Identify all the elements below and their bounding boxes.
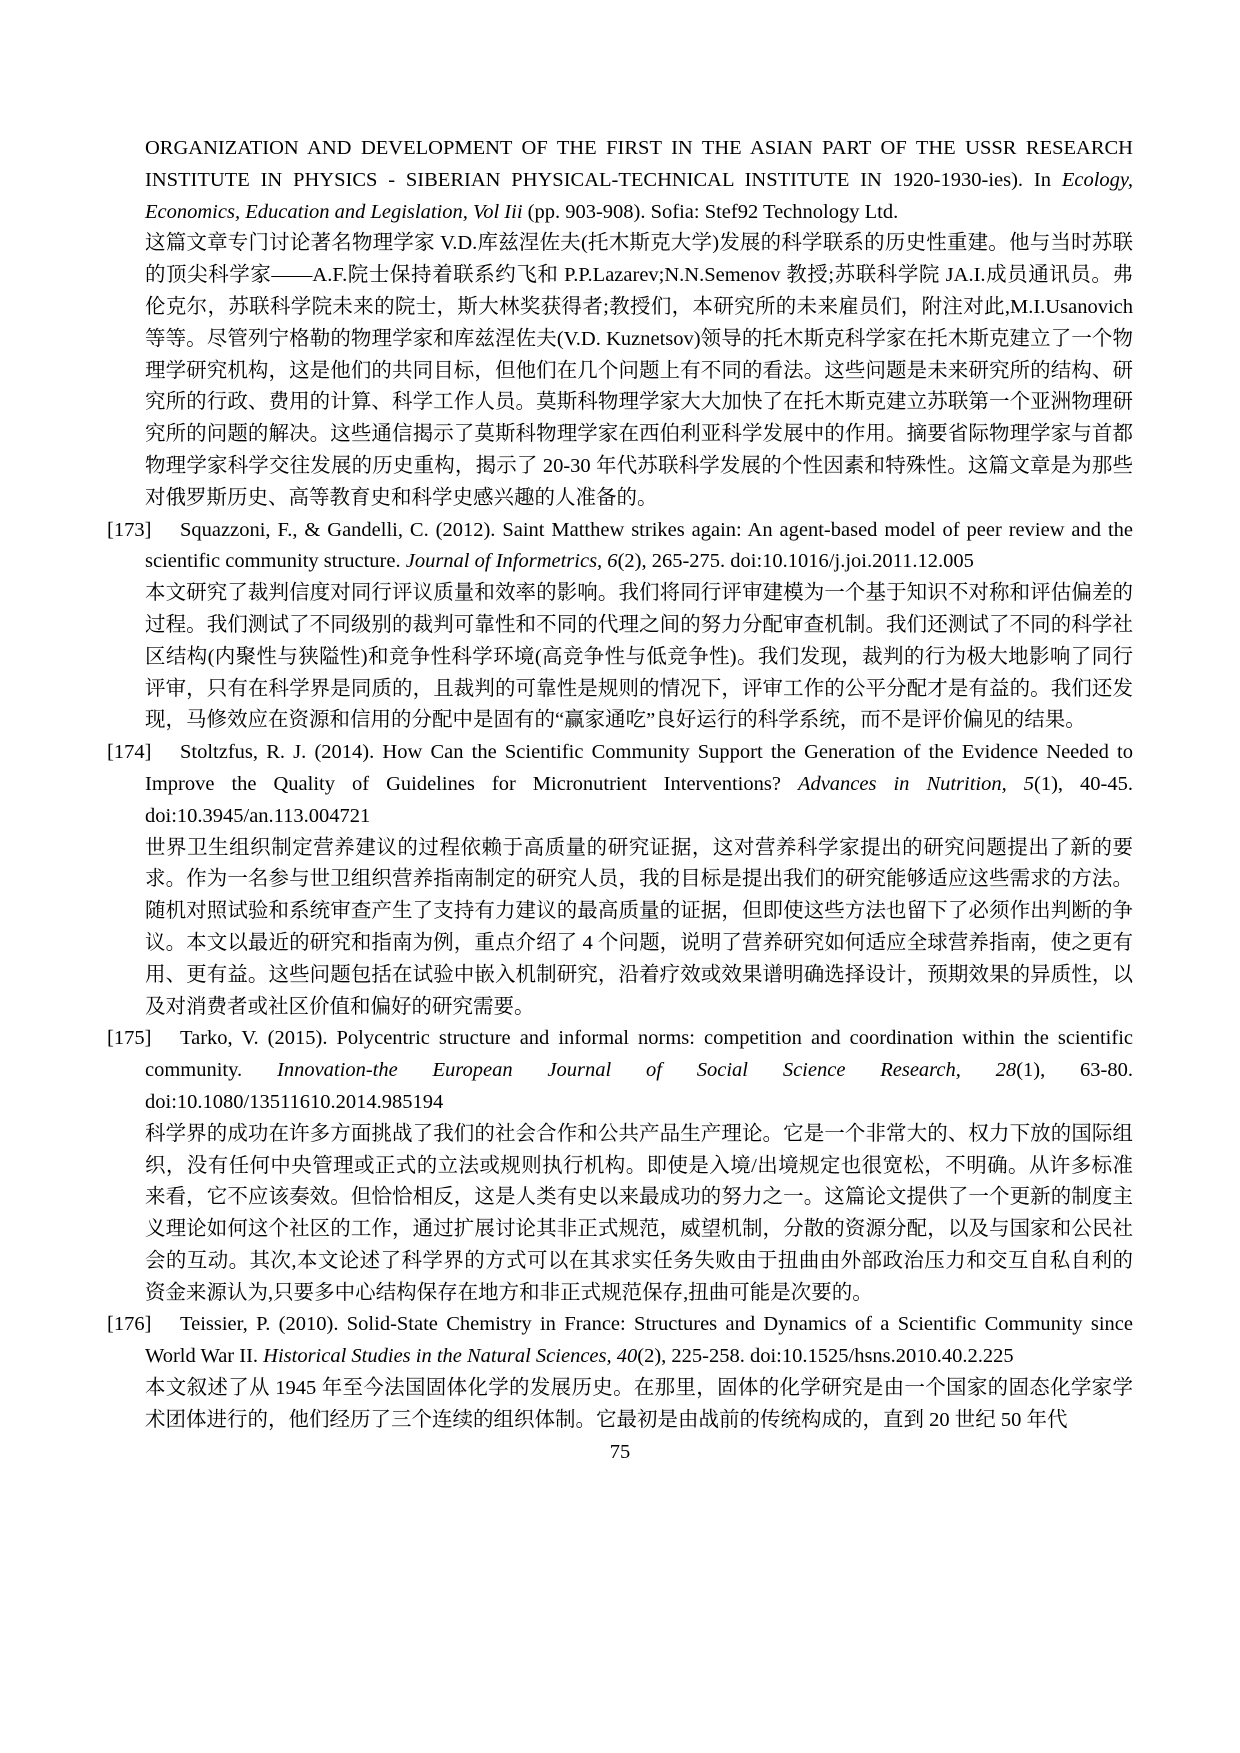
citation-text: Squazzoni, F., & Gandelli, C. (2012). Sa… <box>145 519 1133 573</box>
citation-continuation-text: ORGANIZATION AND DEVELOPMENT OF THE FIRS… <box>145 133 1133 228</box>
reference-entry: [174]Stoltzfus, R. J. (2014). How Can th… <box>107 737 1133 832</box>
reference-number: [176] <box>107 1309 180 1341</box>
reference-entry: [176]Teissier, P. (2010). Solid-State Ch… <box>107 1309 1133 1373</box>
reference-abstract-zh: 本文研究了裁判信度对同行评议质量和效率的影响。我们将同行评审建模为一个基于知识不… <box>145 578 1133 737</box>
citation-text: Tarko, V. (2015). Polycentric structure … <box>145 1027 1133 1113</box>
document-page: ORGANIZATION AND DEVELOPMENT OF THE FIRS… <box>0 0 1240 1753</box>
page-content: ORGANIZATION AND DEVELOPMENT OF THE FIRS… <box>107 133 1133 1468</box>
citation-text: Teissier, P. (2010). Solid-State Chemist… <box>145 1313 1133 1367</box>
citation-text: Stoltzfus, R. J. (2014). How Can the Sci… <box>145 741 1133 827</box>
reference-abstract-zh: 这篇文章专门讨论著名物理学家 V.D.库兹涅佐夫(托木斯克大学)发展的科学联系的… <box>145 228 1133 514</box>
reference-abstract-zh: 本文叙述了从 1945 年至今法国固体化学的发展历史。在那里，固体的化学研究是由… <box>145 1373 1133 1437</box>
page-number: 75 <box>107 1437 1133 1469</box>
reference-abstract-zh: 科学界的成功在许多方面挑战了我们的社会合作和公共产品生产理论。它是一个非常大的、… <box>145 1119 1133 1310</box>
reference-number: [175] <box>107 1023 180 1055</box>
reference-entry: [173]Squazzoni, F., & Gandelli, C. (2012… <box>107 515 1133 579</box>
reference-abstract-zh: 世界卫生组织制定营养建议的过程依赖于高质量的研究证据，这对营养科学家提出的研究问… <box>145 833 1133 1024</box>
reference-number: [174] <box>107 737 180 769</box>
reference-entry: [175]Tarko, V. (2015). Polycentric struc… <box>107 1023 1133 1118</box>
reference-number: [173] <box>107 515 180 547</box>
